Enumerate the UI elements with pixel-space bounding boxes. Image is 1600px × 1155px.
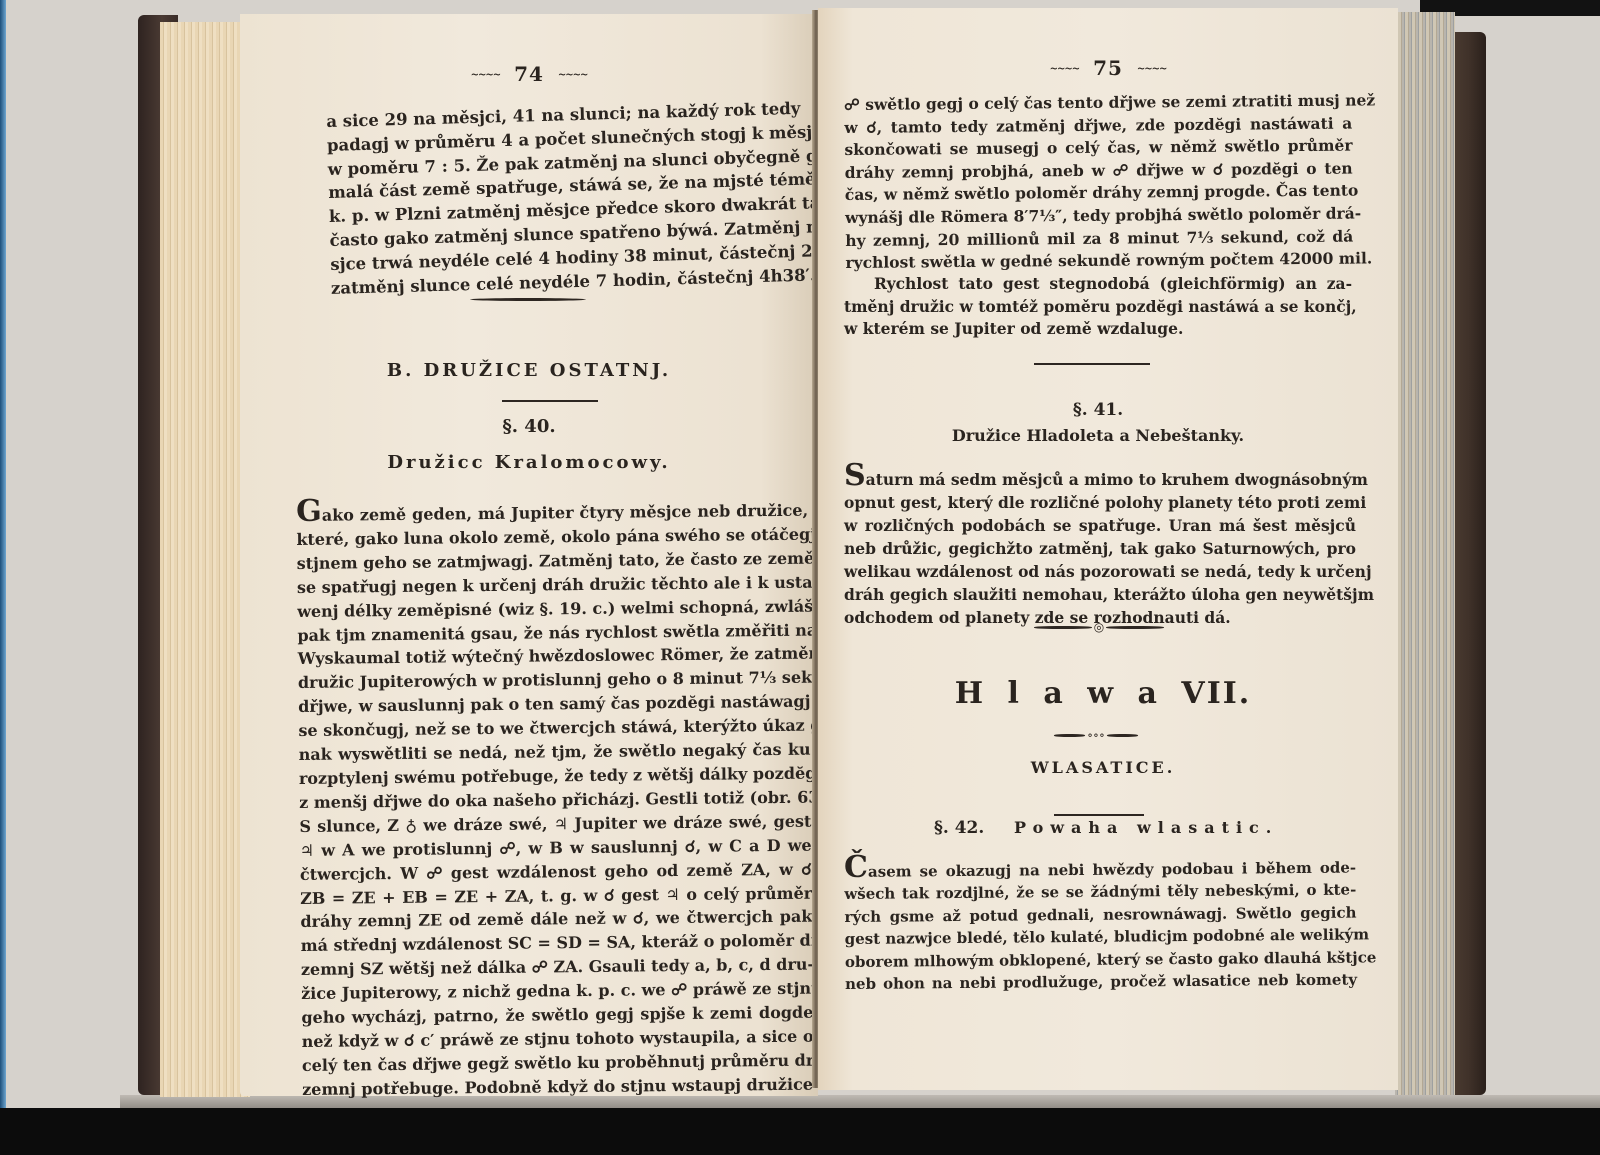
text-line: w rozličných podobách se spatřuge. Uran … (844, 514, 1356, 537)
ornamental-divider: ∘∘∘ (1054, 730, 1138, 740)
ornamental-divider: ◎ (1034, 622, 1164, 632)
ornament-knot-icon: ◎ (1094, 622, 1104, 632)
divider-rule (470, 298, 586, 301)
text-line: tměnj družic w tomtéž poměru pozdĕgi nas… (844, 296, 1352, 319)
text-line: opnut gest, který dle rozličné polohy pl… (844, 491, 1356, 514)
text-line-content: asem se okazugj na nebi hwězdy podobau i… (868, 859, 1356, 881)
folio-ornament-icon: ~~~~ (471, 70, 501, 81)
ornament-bar (1034, 626, 1092, 629)
text-line: w kterém se Jupiter od země wzdaluge. (844, 318, 1352, 341)
ornament-bar (1106, 626, 1164, 629)
page-edges-right (1395, 12, 1455, 1095)
paragraph-number: §. 40. (240, 416, 818, 437)
paragraph-title: Družicc Kralomocowy. (240, 452, 818, 473)
scanner-background-bottom (0, 1108, 1600, 1155)
section-42-title: Powaha wlasatic. (1014, 818, 1278, 837)
chapter-heading: H l a w a VII. (818, 676, 1388, 711)
text-line-content: aturn má sedm měsjců a mimo to kruhem dw… (866, 470, 1368, 489)
folio-number: 75 (1093, 56, 1123, 80)
text-line: welikau wzdálenost od nás pozorowati se … (844, 560, 1356, 583)
divider-rule (1054, 814, 1144, 816)
folio-ornament-icon: ~~~~ (558, 70, 588, 81)
saturn-paragraph: Saturn má sedm měsjců a mimo to kruhem d… (844, 466, 1356, 629)
drop-cap: G (296, 494, 322, 529)
comet-paragraph: Časem se okazugj na nebi hwězdy podobau … (844, 854, 1357, 996)
scan-edge-strip (0, 0, 6, 1155)
paragraph-number: §. 41. (818, 400, 1378, 420)
chapter-subtitle: WLASATICE. (818, 758, 1388, 777)
paragraph-title: Družice Hladoleta a Nebeštanky. (818, 426, 1378, 445)
folio-ornament-icon: ~~~~ (1050, 64, 1080, 75)
divider-rule (502, 400, 598, 402)
folio-ornament-icon: ~~~~ (1137, 64, 1167, 75)
left-top-paragraph: a sice 29 na měsjci, 41 na slunci; na ka… (326, 97, 799, 300)
right-top-paragraph: ☍ swětlo gegj o celý čas tento dřjwe se … (844, 90, 1354, 275)
section-42-number: §. 42. (934, 818, 984, 838)
right-second-paragraph: Rychlost tato gest stegnodobá (gleichför… (844, 273, 1352, 341)
page-number-right: ~~~~75~~~~ (818, 56, 1398, 80)
text-line: dráh gegich slaužiti nemohau, kterážto ú… (844, 583, 1356, 606)
text-line: Rychlost tato gest stegnodobá (gleichför… (844, 273, 1352, 296)
left-page: ~~~~74~~~~ a sice 29 na měsjci, 41 na sl… (240, 14, 818, 1096)
ornament-bar (1054, 734, 1085, 737)
text-line: Saturn má sedm měsjců a mimo to kruhem d… (844, 466, 1356, 491)
text-line: rychlost swětla w gedné sekundě rowným p… (845, 248, 1353, 275)
page-number-left: ~~~~74~~~~ (240, 62, 818, 86)
ornament-knot-icon: ∘∘∘ (1087, 730, 1105, 740)
text-line-content: ako země geden, má Jupiter čtyry měsjce … (322, 501, 809, 525)
right-page: ~~~~75~~~~ ☍ swětlo gegj o celý čas tent… (818, 8, 1398, 1090)
drop-cap: Č (844, 850, 868, 885)
folio-number: 74 (514, 62, 544, 86)
ornament-bar (1107, 734, 1138, 737)
text-line: neb ohon na nebi prodlužuge, pročež wlas… (845, 969, 1357, 996)
left-body-paragraph: Gako země geden, má Jupiter čtyry měsjce… (296, 497, 814, 1102)
section-heading: B. DRUŽICE OSTATNJ. (240, 360, 818, 381)
divider-rule (1034, 363, 1150, 365)
page-edges-left (160, 22, 250, 1097)
text-line: neb drůžic, gegichžto zatměnj, tak gako … (844, 537, 1356, 560)
drop-cap: S (844, 458, 866, 493)
